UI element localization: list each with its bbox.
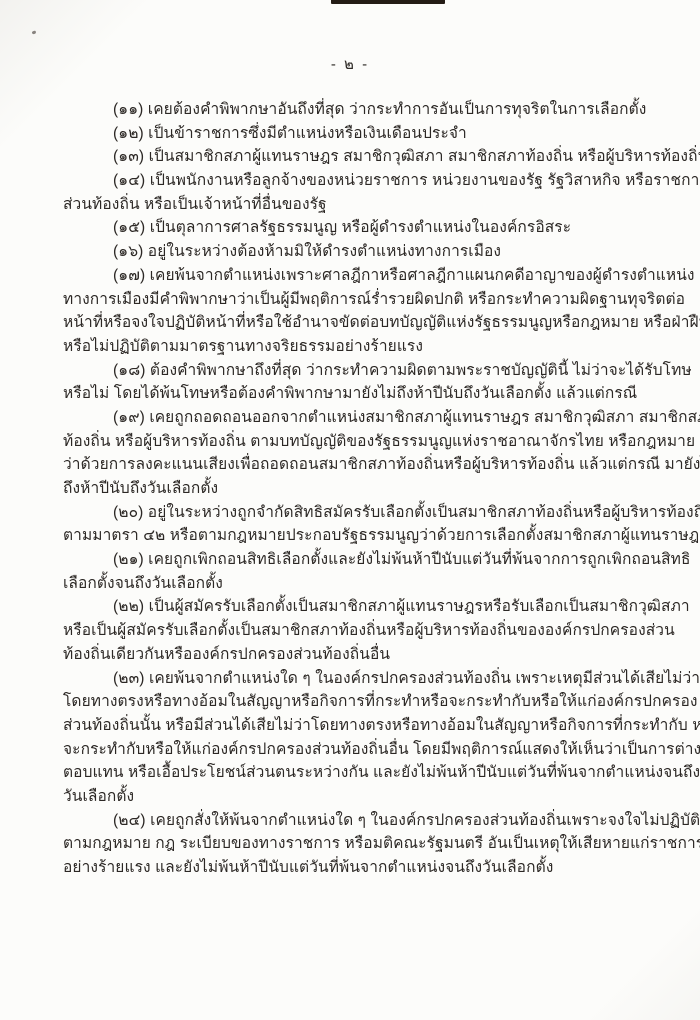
text-line: (๒๓) เคยพ้นจากตำแหน่งใด ๆ ในองค์กรปกครอง…	[63, 667, 653, 691]
text-line: (๑๔) เป็นพนักงานหรือลูกจ้างของหน่วยราชกา…	[63, 169, 653, 193]
text-line: (๑๑) เคยต้องคำพิพากษาอันถึงที่สุด ว่ากระ…	[63, 98, 653, 122]
text-line: (๒๑) เคยถูกเพิกถอนสิทธิเลือกตั้งและยังไม…	[63, 548, 653, 572]
text-line: วันเลือกตั้ง	[63, 785, 653, 809]
text-line: (๑๗) เคยพ้นจากตำแหน่งเพราะศาลฎีกาหรือศาล…	[63, 264, 653, 288]
text-line: ท้องถิ่น หรือผู้บริหารท้องถิ่น ตามบทบัญญ…	[63, 430, 653, 454]
page-number: - ๒ -	[0, 52, 700, 76]
text-line: (๒๐) อยู่ในระหว่างถูกจำกัดสิทธิสมัครรับเ…	[63, 501, 653, 525]
scanned-page: - ๒ - (๑๑) เคยต้องคำพิพากษาอันถึงที่สุด …	[0, 0, 700, 1020]
text-line: เลือกตั้งจนถึงวันเลือกตั้ง	[63, 572, 653, 596]
text-line: (๒๒) เป็นผู้สมัครรับเลือกตั้งเป็นสมาชิกส…	[63, 595, 653, 619]
text-line: หรือไม่ โดยได้พ้นโทษหรือต้องคำพิพากษามาย…	[63, 382, 653, 406]
document-body: (๑๑) เคยต้องคำพิพากษาอันถึงที่สุด ว่ากระ…	[63, 98, 653, 880]
scan-artifact-bar	[331, 0, 445, 4]
text-line: (๒๔) เคยถูกสั่งให้พ้นจากตำแหน่งใด ๆ ในอง…	[63, 809, 653, 833]
text-line: ว่าด้วยการลงคะแนนเสียงเพื่อถอดถอนสมาชิกส…	[63, 453, 653, 477]
text-line: หน้าที่หรือจงใจปฏิบัติหน้าที่หรือใช้อำนา…	[63, 311, 653, 335]
text-line: ถึงห้าปีนับถึงวันเลือกตั้ง	[63, 477, 653, 501]
text-line: ตามกฎหมาย กฎ ระเบียบของทางราชการ หรือมติ…	[63, 832, 653, 856]
text-line: อย่างร้ายแรง และยังไม่พ้นห้าปีนับแต่วันท…	[63, 856, 653, 880]
text-line: ตอบแทน หรือเอื้อประโยชน์ส่วนตนระหว่างกัน…	[63, 761, 653, 785]
text-line: ตามมาตรา ๔๒ หรือตามกฎหมายประกอบรัฐธรรมนู…	[63, 524, 653, 548]
text-line: โดยทางตรงหรือทางอ้อมในสัญญาหรือกิจการที่…	[63, 690, 653, 714]
text-line: หรือไม่ปฏิบัติตามมาตรฐานทางจริยธรรมอย่าง…	[63, 335, 653, 359]
text-line: (๑๙) เคยถูกถอดถอนออกจากตำแหน่งสมาชิกสภาผ…	[63, 406, 653, 430]
text-line: ส่วนท้องถิ่น หรือเป็นเจ้าหน้าที่อื่นของร…	[63, 193, 653, 217]
text-line: จะกระทำกับหรือให้แก่องค์กรปกครองส่วนท้อง…	[63, 738, 653, 762]
text-line: (๑๓) เป็นสมาชิกสภาผู้แทนราษฎร สมาชิกวุฒิ…	[63, 145, 653, 169]
text-line: ส่วนท้องถิ่นนั้น หรือมีส่วนได้เสียไม่ว่า…	[63, 714, 653, 738]
text-line: หรือเป็นผู้สมัครรับเลือกตั้งเป็นสมาชิกสภ…	[63, 619, 653, 643]
text-line: (๑๒) เป็นข้าราชการซึ่งมีตำแหน่งหรือเงินเ…	[63, 122, 653, 146]
text-line: (๑๖) อยู่ในระหว่างต้องห้ามมิให้ดำรงตำแหน…	[63, 240, 653, 264]
scan-speck	[32, 30, 37, 34]
text-line: (๑๘) ต้องคำพิพากษาถึงที่สุด ว่ากระทำความ…	[63, 359, 653, 383]
text-line: (๑๕) เป็นตุลาการศาลรัฐธรรมนูญ หรือผู้ดำร…	[63, 216, 653, 240]
text-line: ท้องถิ่นเดียวกันหรือองค์กรปกครองส่วนท้อง…	[63, 643, 653, 667]
text-line: ทางการเมืองมีคำพิพากษาว่าเป็นผู้มีพฤติกา…	[63, 288, 653, 312]
